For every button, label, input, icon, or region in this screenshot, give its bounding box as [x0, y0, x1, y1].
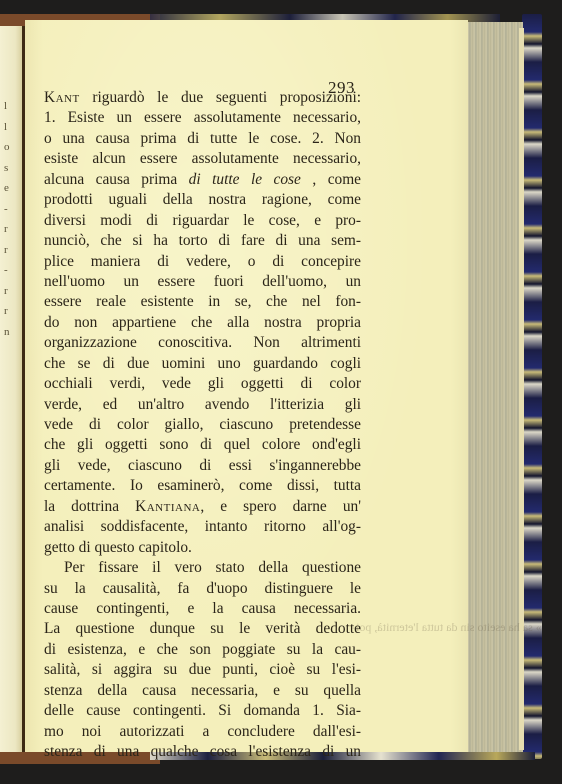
- text-run: riguardò le due seguenti proposizioni:: [80, 89, 361, 106]
- text-line: mo noi autorizzati a concludere dall'esi…: [44, 722, 361, 742]
- text-run: nunciò, che si ha torto di fare di una s…: [44, 232, 361, 249]
- text-run: prodotti uguali della nostra ragione, co…: [44, 191, 361, 208]
- text-run: su la causalità, fa d'uopo distinguere l…: [44, 580, 361, 597]
- facing-page-text: l l o s e - r r - r r n: [4, 96, 14, 342]
- text-run: occhiali verdi, vede gli oggetti di colo…: [44, 375, 361, 392]
- text-line: che gli oggetti sono di quel colore ond'…: [44, 435, 361, 455]
- text-line: nell'uomo un essere fuori dell'uomo, un: [44, 272, 361, 292]
- text-run: stenza di una qualche cosa l'esistenza d…: [44, 743, 361, 760]
- text-run: la dottrina: [44, 498, 135, 515]
- text-run: di esistenza, e che son poggiate su la c…: [44, 641, 361, 658]
- text-line: essere reale esistente in se, che nel fo…: [44, 292, 361, 312]
- text-line: organizzazione conoscitiva. Non altrimen…: [44, 333, 361, 353]
- text-run: cause contingenti, e la causa necessaria…: [44, 600, 361, 617]
- text-run: certamente. Io esaminerò, come dissi, tu…: [44, 477, 361, 494]
- text-run: che se di due uomini uno guardando cogli: [44, 355, 361, 372]
- text-run: , come: [301, 171, 361, 188]
- marbled-cover-edge: [522, 14, 542, 759]
- italic-text: di tutte le cose: [189, 171, 301, 188]
- text-line: delle cause contingenti. Si domanda 1. S…: [44, 701, 361, 721]
- text-run: mo noi autorizzati a concludere dall'esi…: [44, 723, 361, 740]
- text-line: esiste alcun essere assolutamente necess…: [44, 149, 361, 169]
- text-line: vede di color giallo, ciascuno pretendes…: [44, 415, 361, 435]
- text-run: getto di questo capitolo.: [44, 539, 192, 556]
- text-line: Kant riguardò le due seguenti proposizio…: [44, 88, 361, 108]
- text-run: , e spero darne un': [200, 498, 361, 515]
- text-run: do non appartiene che alla nostra propri…: [44, 314, 361, 331]
- page-edge-highlight: [519, 28, 524, 750]
- text-line: stenza di una qualche cosa l'esistenza d…: [44, 742, 361, 762]
- text-line: prodotti uguali della nostra ragione, co…: [44, 190, 361, 210]
- text-run: analisi soddisfacente, intanto ritorno a…: [44, 518, 361, 535]
- text-run: verde, ed un'altro avendo l'itterizia gl…: [44, 396, 361, 413]
- text-line: do non appartiene che alla nostra propri…: [44, 313, 361, 333]
- text-line: su la causalità, fa d'uopo distinguere l…: [44, 579, 361, 599]
- text-run: delle cause contingenti. Si domanda 1. S…: [44, 702, 361, 719]
- text-run: Per fissare il vero stato della question…: [64, 559, 361, 576]
- text-run: stenza della causa necessaria, e su quel…: [44, 682, 361, 699]
- text-run: esiste alcun essere assolutamente necess…: [44, 150, 361, 167]
- text-line: diversi modi di riguardar le cose, e pro…: [44, 211, 361, 231]
- text-line: La questione dunque su le verità dedotte: [44, 619, 361, 639]
- text-line: la dottrina Kantiana, e spero darne un': [44, 497, 361, 517]
- text-line: stenza della causa necessaria, e su quel…: [44, 681, 361, 701]
- text-run: essere reale esistente in se, che nel fo…: [44, 293, 361, 310]
- text-line: che se di due uomini uno guardando cogli: [44, 354, 361, 374]
- text-line: occhiali verdi, vede gli oggetti di colo…: [44, 374, 361, 394]
- text-line: nunciò, che si ha torto di fare di una s…: [44, 231, 361, 251]
- text-line: alcuna causa prima di tutte le cose , co…: [44, 170, 361, 190]
- text-line: salità, si aggira su due punti, cioè su …: [44, 660, 361, 680]
- text-line: certamente. Io esaminerò, come dissi, tu…: [44, 476, 361, 496]
- text-run: organizzazione conoscitiva. Non altrimen…: [44, 334, 361, 351]
- text-run: che gli oggetti sono di quel colore ond'…: [44, 436, 361, 453]
- text-line: getto di questo capitolo.: [44, 538, 361, 558]
- text-run: gli vede, ciascuno di essi s'ingannerebb…: [44, 457, 361, 474]
- text-line: analisi soddisfacente, intanto ritorno a…: [44, 517, 361, 537]
- text-line: verde, ed un'altro avendo l'itterizia gl…: [44, 395, 361, 415]
- text-run: o una causa prima di tutte le cose. 2. N…: [44, 130, 361, 147]
- text-line: plice maniera di vedere, o di concepire: [44, 252, 361, 272]
- book-scan: l l o s e - r r - r r n 293 Kant riguard…: [0, 0, 562, 784]
- text-line: 1. Esiste un essere assolutamente necess…: [44, 108, 361, 128]
- page-body-text: Kant riguardò le due seguenti proposizio…: [44, 88, 361, 762]
- page-fore-edge: [465, 22, 523, 752]
- text-run: diversi modi di riguardar le cose, e pro…: [44, 212, 361, 229]
- text-line: o una causa prima di tutte le cose. 2. N…: [44, 129, 361, 149]
- text-line: Per fissare il vero stato della question…: [44, 558, 361, 578]
- smallcaps-text: Kant: [44, 89, 80, 106]
- smallcaps-text: Kantiana: [135, 498, 200, 515]
- facing-page-fragment: l l o s e - r r - r r n: [0, 26, 22, 752]
- text-run: vede di color giallo, ciascuno pretendes…: [44, 416, 361, 433]
- text-run: nell'uomo un essere fuori dell'uomo, un: [44, 273, 361, 290]
- text-line: cause contingenti, e la causa necessaria…: [44, 599, 361, 619]
- bleed-through-text: » sa ha eseito sin da tutta l'eternità, …: [352, 620, 542, 635]
- text-run: plice maniera di vedere, o di concepire: [44, 253, 361, 270]
- text-line: gli vede, ciascuno di essi s'ingannerebb…: [44, 456, 361, 476]
- text-run: salità, si aggira su due punti, cioè su …: [44, 661, 361, 678]
- text-line: di esistenza, e che son poggiate su la c…: [44, 640, 361, 660]
- text-run: alcuna causa prima: [44, 171, 189, 188]
- text-run: La questione dunque su le verità dedotte: [44, 620, 361, 637]
- text-run: 1. Esiste un essere assolutamente necess…: [44, 109, 361, 126]
